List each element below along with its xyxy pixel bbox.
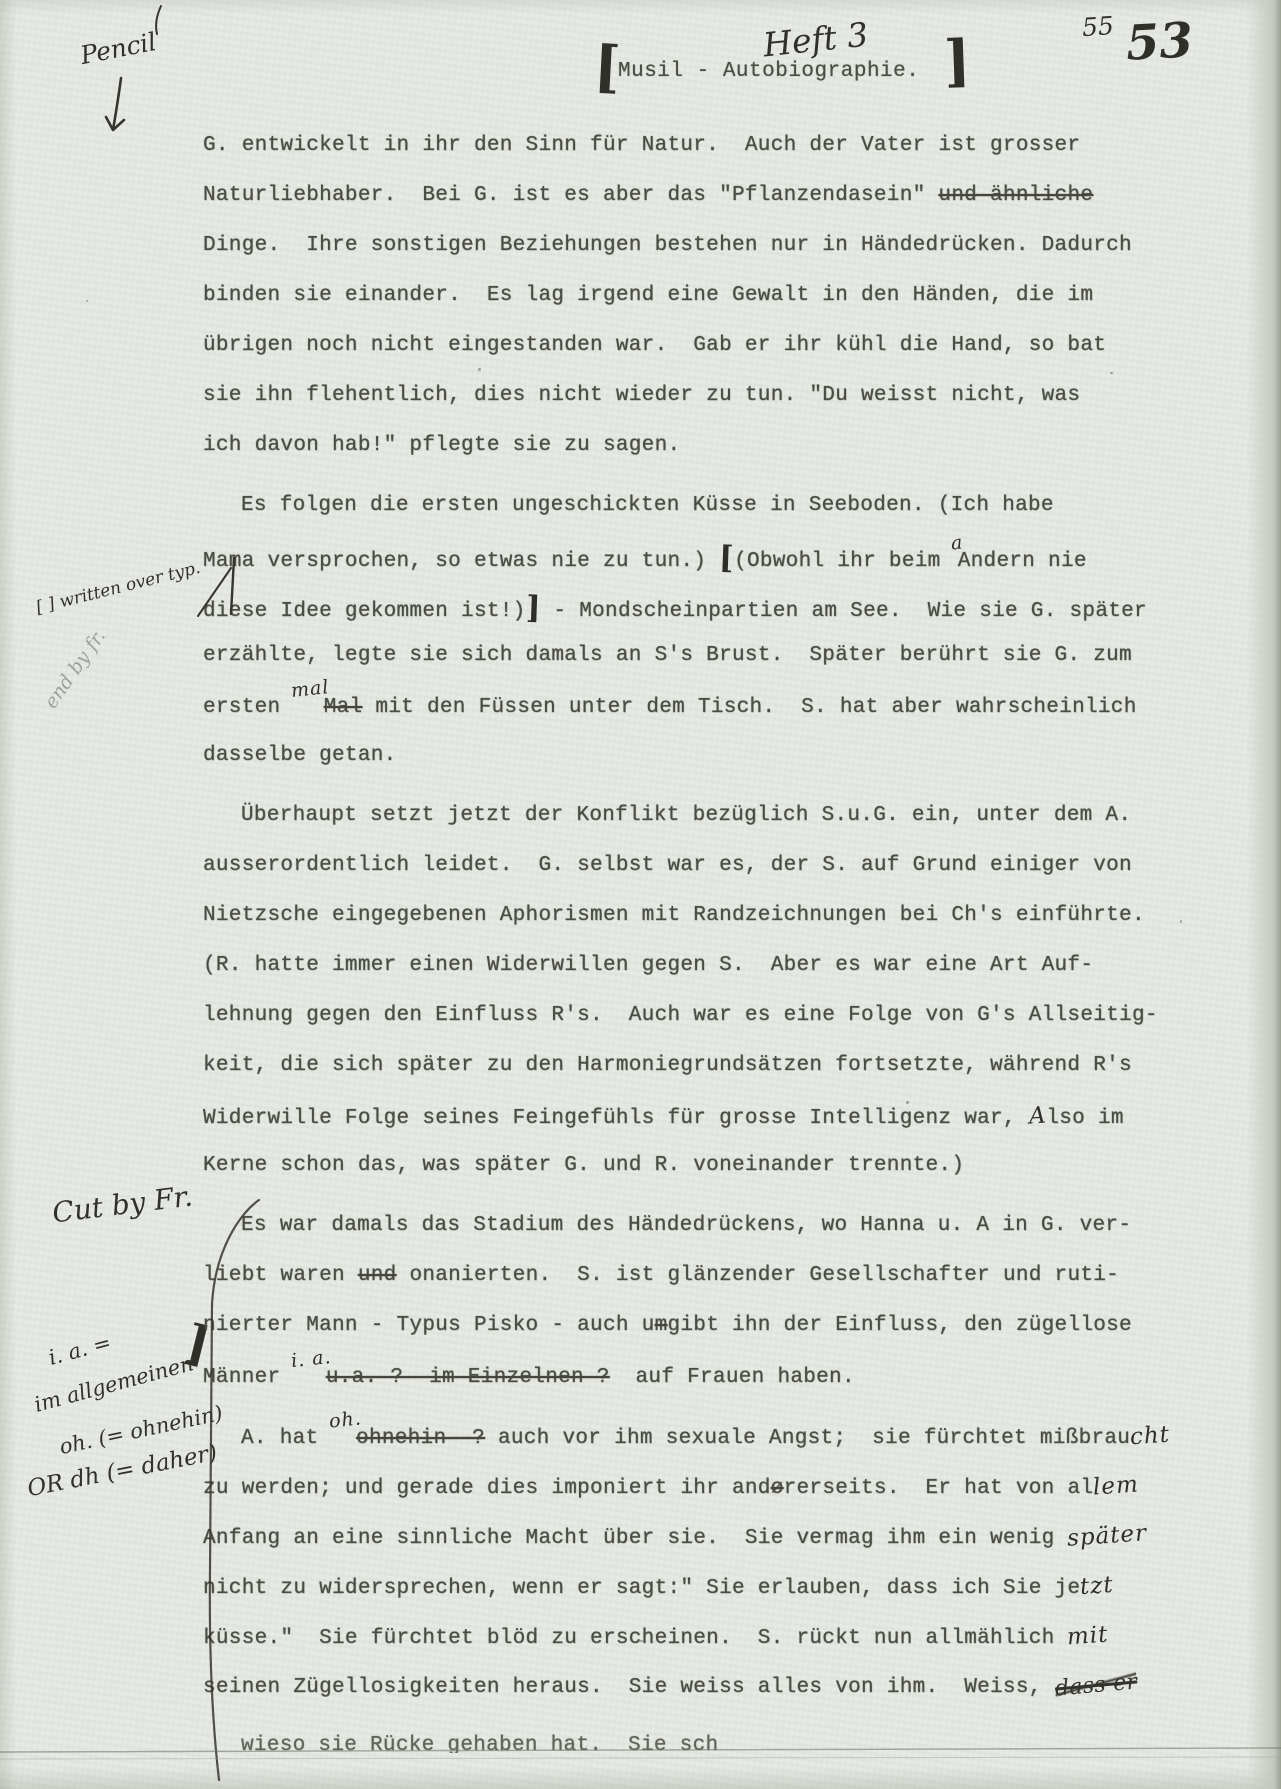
paper-speck	[1180, 920, 1182, 923]
paper-speck	[906, 1101, 909, 1104]
down-arrow-mark	[106, 78, 124, 130]
margin-slash-mark	[198, 568, 231, 616]
paper-speck	[640, 1640, 643, 1642]
ink-marks-overlay	[0, 0, 1281, 1789]
manuscript-page: Pencil Heft 3 55 53 [ Musil - Autobiogra…	[0, 0, 1281, 1789]
paper-speck	[300, 1490, 302, 1492]
paper-speck	[478, 368, 481, 371]
paper-speck	[1110, 372, 1113, 374]
paper-speck	[86, 300, 88, 302]
margin-vertical-line	[210, 1200, 259, 1780]
margin-bar-mark	[231, 558, 234, 614]
top-tick-mark	[156, 6, 161, 34]
bottom-cut-line-2	[0, 1757, 1281, 1759]
bottom-cut-line	[0, 1748, 1281, 1752]
